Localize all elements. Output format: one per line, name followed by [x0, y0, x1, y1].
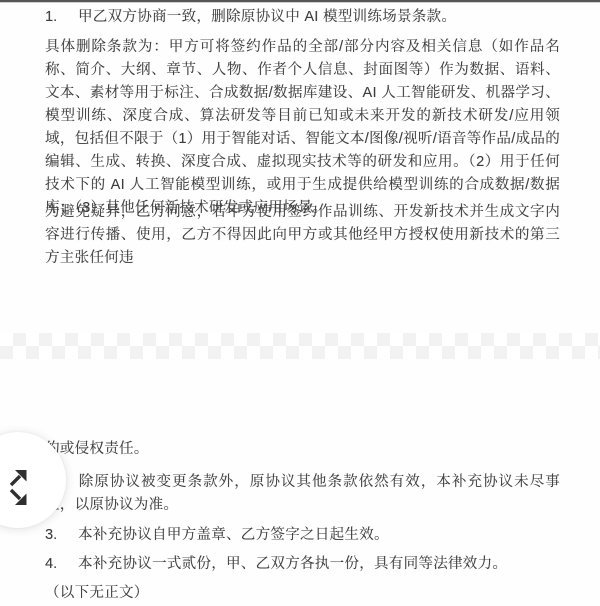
- clause-1-text: 甲乙双方协商一致，删除原协议中 AI 模型训练场景条款。: [78, 9, 456, 25]
- avoid-doubt-paragraph: 为避免疑异，乙方同意，若甲方使用签约作品训练、开发新技术并生成文字内容进行传播、…: [45, 201, 560, 270]
- clause-3-text: 本补充协议自甲方盖章、乙方签字之日起生效。: [78, 527, 389, 543]
- clause-4-text: 本补充协议一式贰份，甲、乙双方各执一份，具有同等法律效力。: [78, 556, 507, 572]
- expand-arrows-icon: [7, 465, 33, 511]
- clause-3: 3.本补充协议自甲方盖章、乙方签字之日起生效。: [45, 524, 560, 547]
- deleted-terms-paragraph: 具体删除条款为：甲方可将签约作品的全部/部分内容及相关信息（如作品名称、简介、大…: [45, 36, 560, 220]
- clause-1-number: 1.: [45, 6, 78, 29]
- top-edge-line: [0, 0, 600, 3]
- footer-note: （以下无正文）: [45, 582, 560, 605]
- clause-2: 2.除原协议被变更条款外，原协议其他条款依然有效，本补充协议未尽事宜，以原协议为…: [45, 471, 560, 517]
- clause-4: 4.本补充协议一式贰份，甲、乙双方各执一份，具有同等法律效力。: [45, 553, 560, 576]
- clause-2-text: 除原协议被变更条款外，原协议其他条款依然有效，本补充协议未尽事宜，以原协议为准。: [45, 474, 560, 513]
- clause-4-number: 4.: [45, 553, 78, 576]
- stitch-seam: [0, 333, 600, 359]
- document-page: 1.甲乙双方协商一致，删除原协议中 AI 模型训练场景条款。 具体删除条款为：甲…: [0, 0, 600, 606]
- clause-3-number: 3.: [45, 524, 78, 547]
- clause-1: 1.甲乙双方协商一致，删除原协议中 AI 模型训练场景条款。: [45, 6, 560, 29]
- continuation-line: 约或侵权责任。: [45, 438, 560, 461]
